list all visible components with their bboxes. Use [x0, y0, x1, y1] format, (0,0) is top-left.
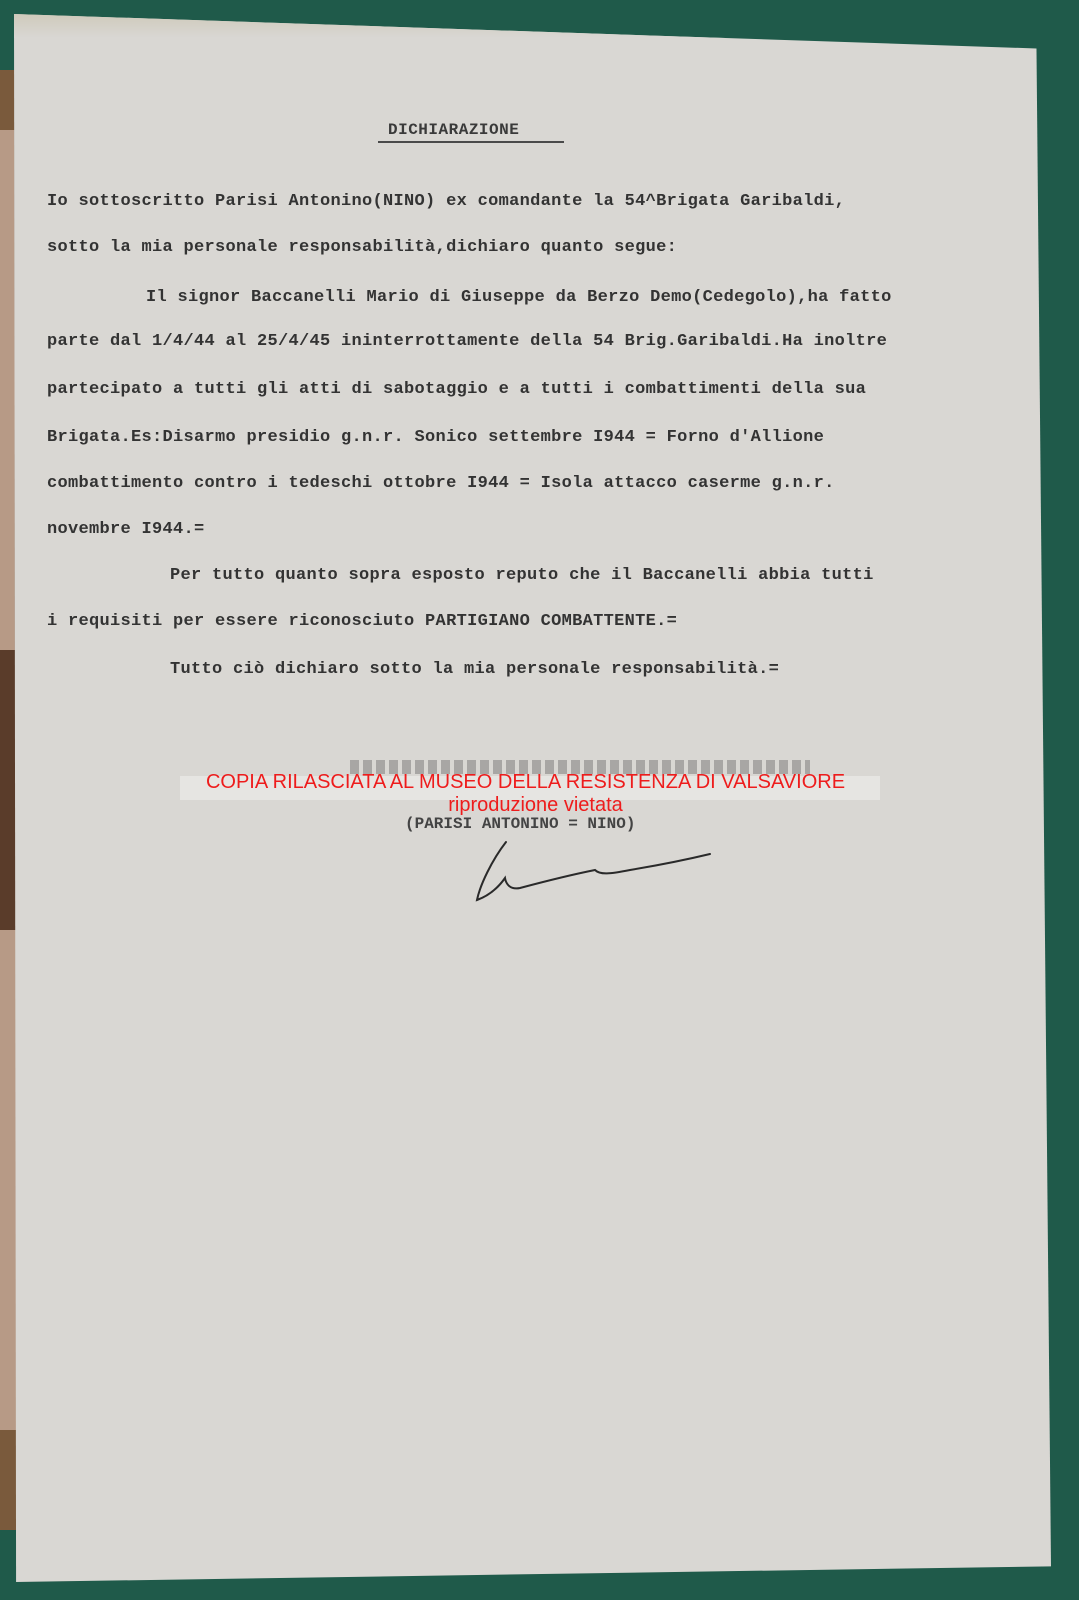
body-line: novembre I944.= [47, 520, 205, 539]
background-strip [0, 130, 16, 650]
signature-icon [470, 840, 730, 910]
background-strip [0, 930, 16, 1430]
body-line: Il signor Baccanelli Mario di Giuseppe d… [146, 288, 892, 307]
body-line: sotto la mia personale responsabilità,di… [47, 238, 677, 257]
watermark-line-2: riproduzione vietata [0, 794, 1075, 817]
body-line: combattimento contro i tedeschi ottobre … [47, 474, 835, 493]
body-line: Tutto ciò dichiaro sotto la mia personal… [170, 660, 779, 679]
title-underline [378, 141, 564, 143]
body-line: Brigata.Es:Disarmo presidio g.n.r. Sonic… [47, 428, 824, 447]
body-line: Io sottoscritto Parisi Antonino(NINO) ex… [47, 192, 845, 211]
body-line: Per tutto quanto sopra esposto reputo ch… [170, 566, 874, 585]
watermark-line-1: COPIA RILASCIATA AL MUSEO DELLA RESISTEN… [0, 771, 1065, 794]
body-line: i requisiti per essere riconosciuto PART… [47, 612, 677, 631]
document-title: DICHIARAZIONE [388, 121, 519, 139]
body-line: partecipato a tutti gli atti di sabotagg… [47, 380, 866, 399]
signatory-name: (PARISI ANTONINO = NINO) [405, 815, 635, 833]
background-strip [0, 1430, 16, 1530]
body-line: parte dal 1/4/44 al 25/4/45 ininterrotta… [47, 332, 887, 351]
